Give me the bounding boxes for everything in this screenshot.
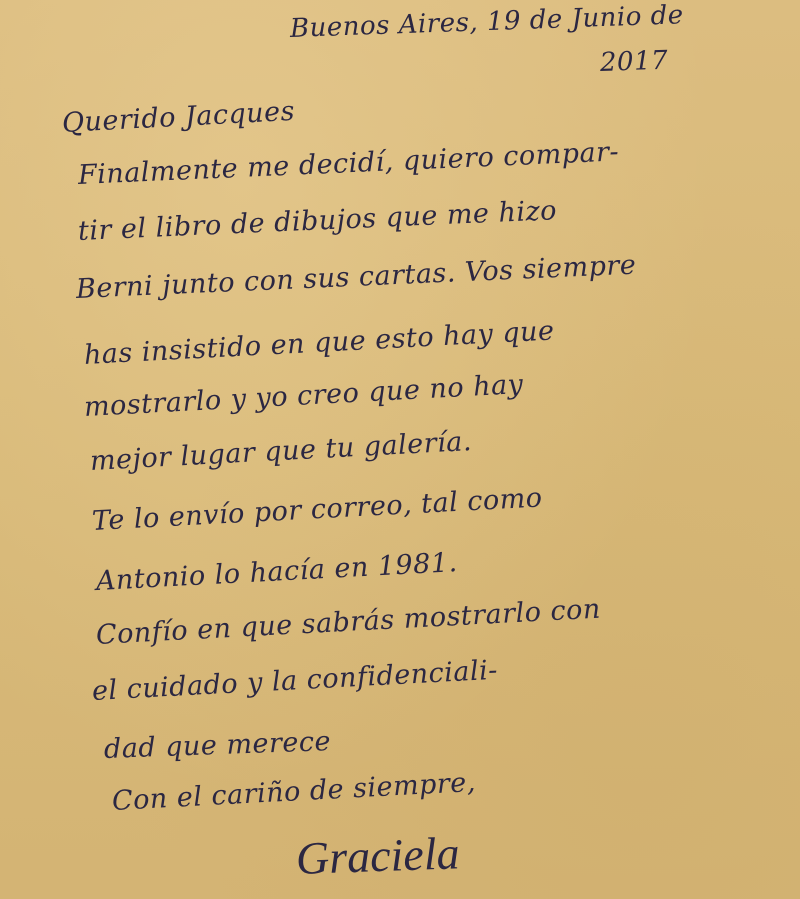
letter-closing: Con el cariño de siempre, <box>111 767 476 817</box>
letter-body-line: Confío en que sabrás mostrarlo con <box>95 594 601 651</box>
letter-body-line: el cuidado y la confidenciali- <box>91 655 498 707</box>
handwritten-letter: Buenos Aires, 19 de Junio de 2017 Querid… <box>0 0 800 899</box>
letter-signature: Graciela <box>295 826 460 885</box>
letter-body-line: tir el libro de dibujos que me hizo <box>77 195 557 247</box>
letter-date-line-2: 2017 <box>599 46 668 78</box>
letter-body-line: has insistido en que esto hay que <box>83 315 555 371</box>
letter-body-line: Finalmente me decidí, quiero compar- <box>77 136 619 191</box>
letter-body-line: Te lo envío por correo, tal como <box>91 482 543 537</box>
letter-date-line-1: Buenos Aires, 19 de Junio de <box>289 0 684 44</box>
letter-body-line: mostrarlo y yo creo que no hay <box>83 369 524 423</box>
letter-salutation: Querido Jacques <box>61 96 296 139</box>
letter-body-line: Berni junto con sus cartas. Vos siempre <box>75 250 637 305</box>
letter-body-line: dad que merece <box>103 726 331 765</box>
letter-body-line: Antonio lo hacía en 1981. <box>95 547 458 597</box>
letter-body-line: mejor lugar que tu galería. <box>89 426 472 477</box>
